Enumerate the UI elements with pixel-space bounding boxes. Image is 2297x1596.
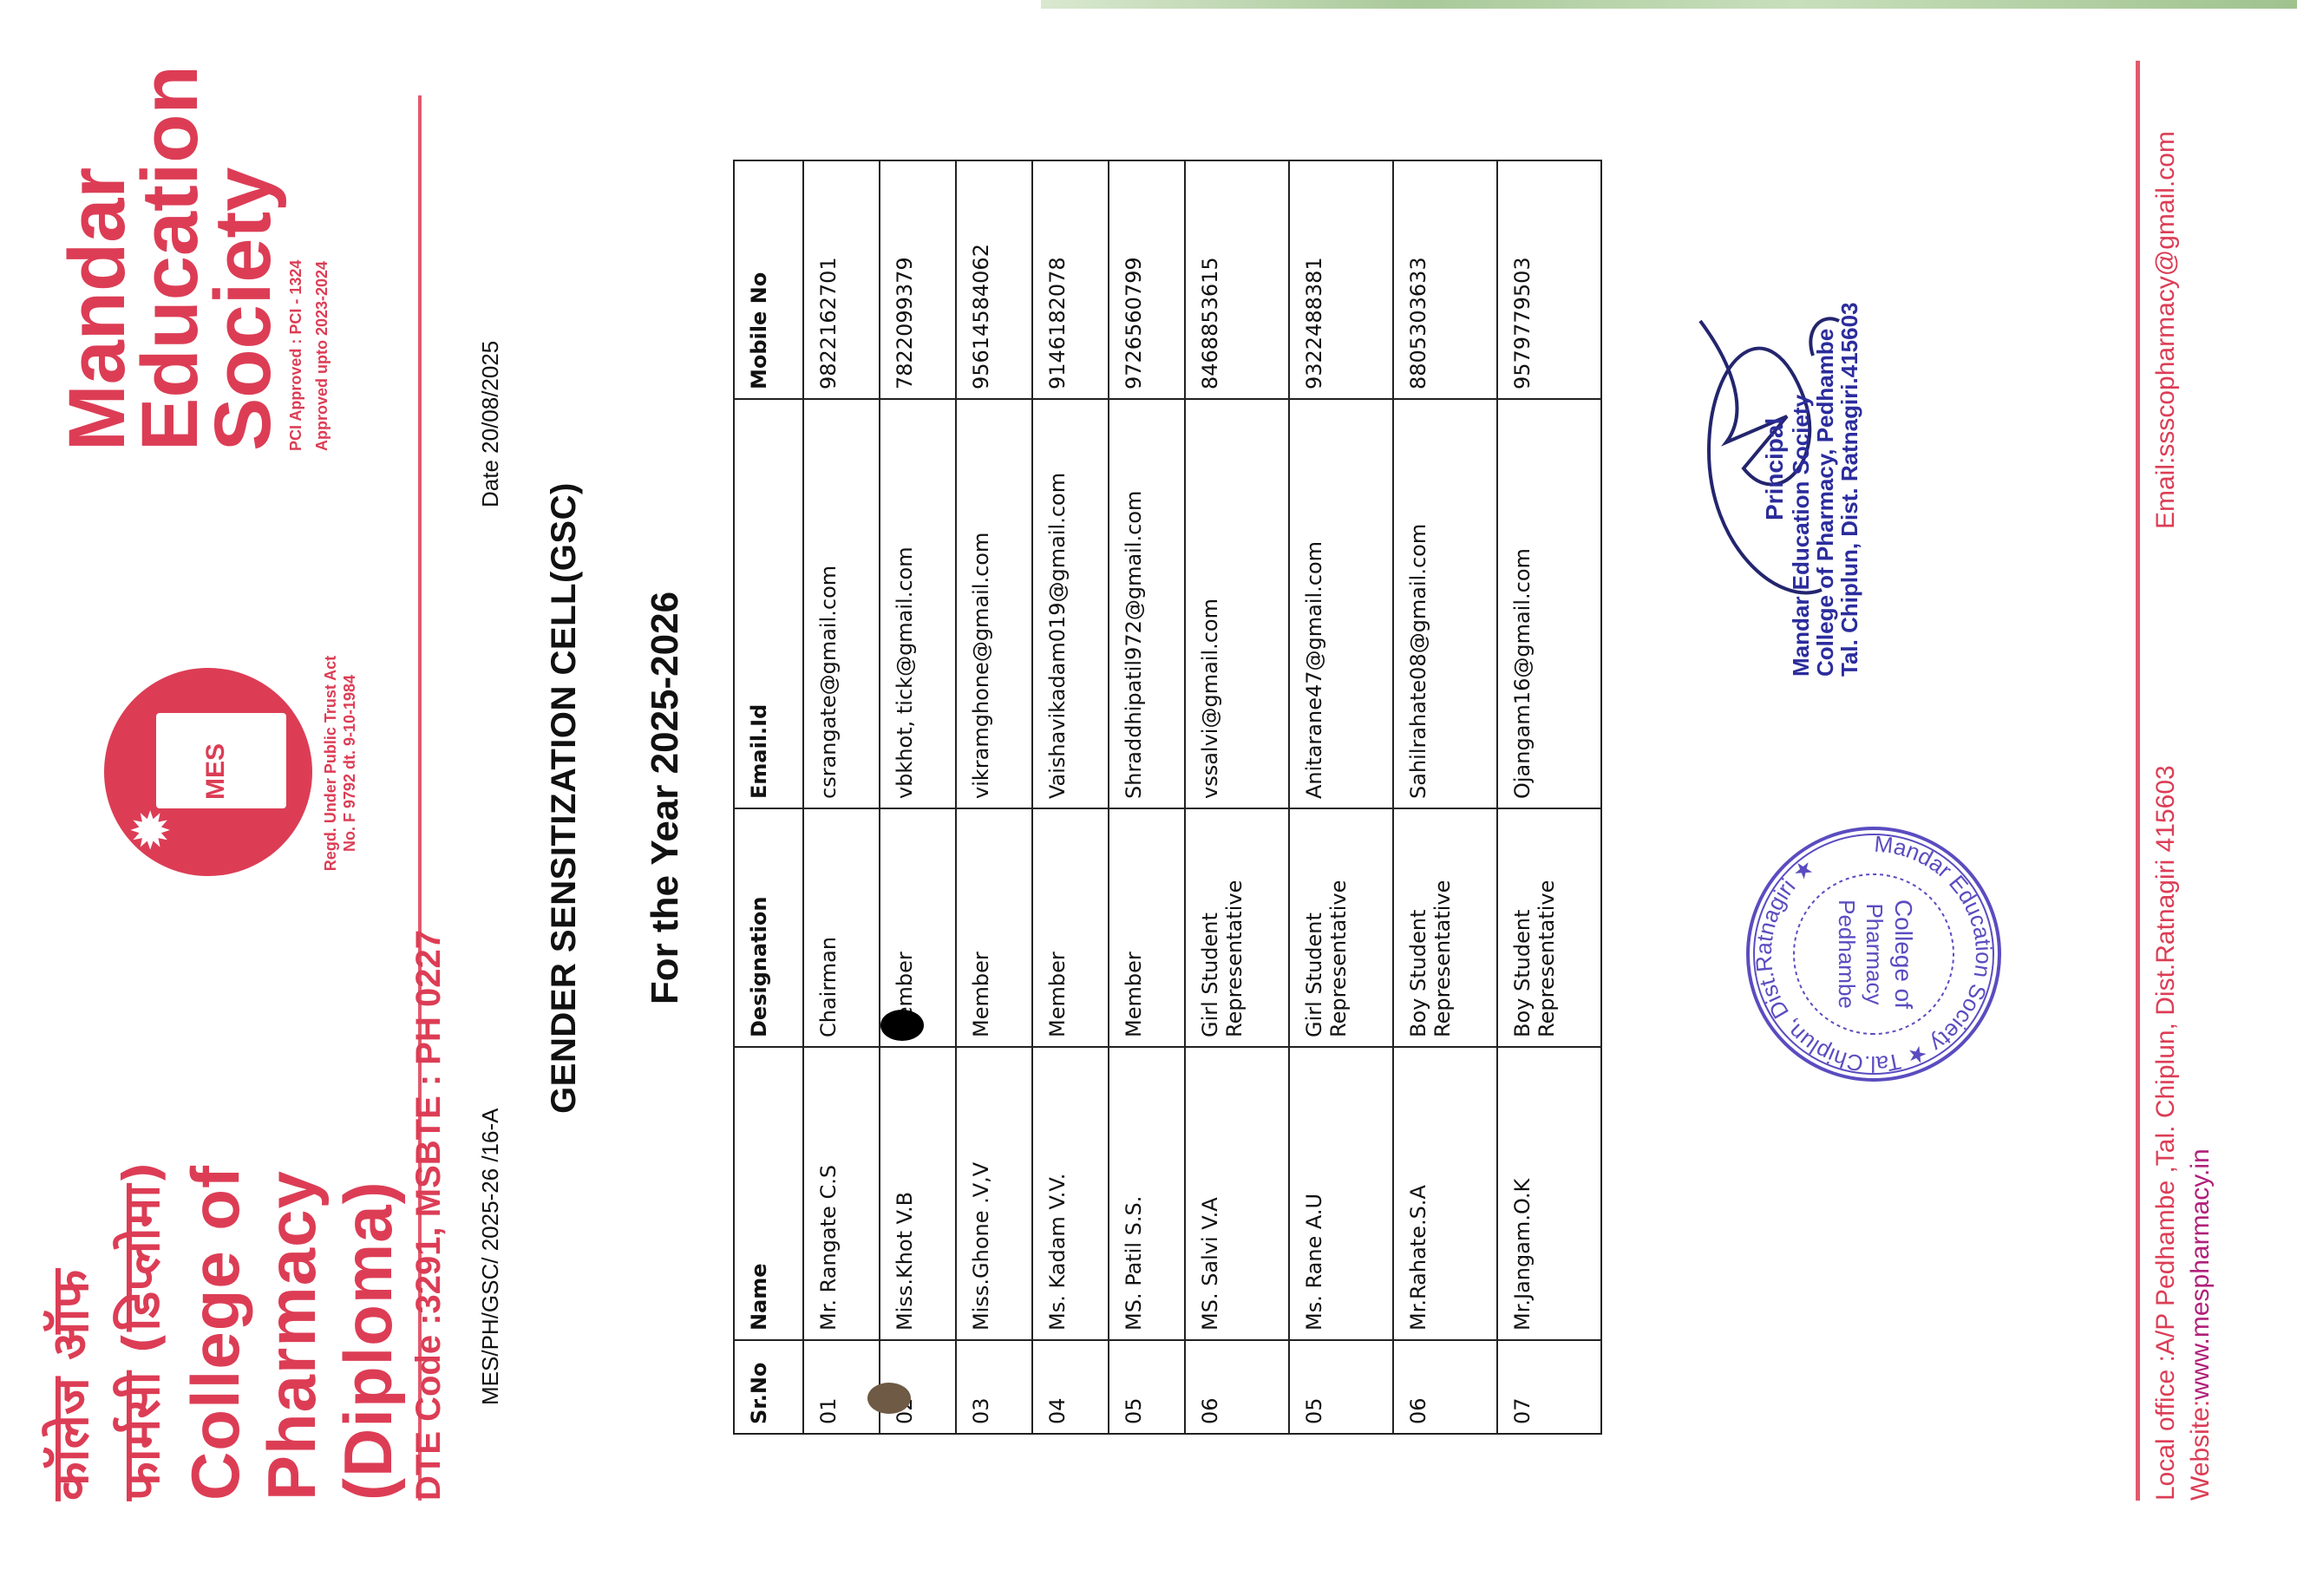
cell-sr-no: 04 — [1032, 1340, 1109, 1434]
society-name-line3: Society — [206, 35, 279, 451]
cell-designation: Girl Student Representative — [1185, 808, 1289, 1047]
column-header-designation: Designation — [734, 808, 803, 1047]
signatory-title: Principal — [1761, 208, 1789, 520]
committee-members-table: Sr.No Name Designation Email.Id Mobile N… — [733, 160, 1602, 1435]
registration-line2: No. F 9792 dt. 9-10-1984 — [340, 633, 359, 893]
cell-name: MS. Patil S.S. — [1109, 1047, 1185, 1340]
cell-designation: Member — [956, 808, 1032, 1047]
document-subtitle: For the Year 2025-2026 — [644, 0, 687, 1596]
cell-name: Ms. Kadam V.V. — [1032, 1047, 1109, 1340]
college-name-line2: Pharmacy (Diploma) — [253, 841, 406, 1501]
table-row: 06Mr.Rahate.S.ABoy Student Representativ… — [1393, 160, 1497, 1434]
society-name-block: Mandar Education Society PCI Approved : … — [61, 35, 331, 451]
table-row: 02Miss.Khot V.BMembervbkhot, tick@gmail.… — [880, 160, 956, 1434]
signatory-line2: College of Pharmacy, Pedhambe — [1813, 208, 1837, 677]
cell-email: Shraddhipatil972@gmail.com — [1109, 399, 1185, 808]
cell-email: csrangate@gmail.com — [803, 399, 880, 808]
cell-mobile: 9726560799 — [1109, 160, 1185, 399]
cell-mobile: 8805303633 — [1393, 160, 1497, 399]
society-name-line1: Mandar — [61, 35, 134, 451]
cell-email: vikramghone@gmail.com — [956, 399, 1032, 808]
table-row: 06MS. Salvi V.AGirl Student Representati… — [1185, 160, 1289, 1434]
cell-designation: Member — [1109, 808, 1185, 1047]
cell-mobile: 9322488381 — [1289, 160, 1393, 399]
cell-name: MS. Salvi V.A — [1185, 1047, 1289, 1340]
cell-email: Anitarane47@gmail.com — [1289, 399, 1393, 808]
document-date: Date 20/08/2025 — [477, 341, 504, 507]
cell-sr-no: 05 — [1289, 1340, 1393, 1434]
signatory-block: Principal Mandar Education Society Colle… — [1761, 208, 1862, 677]
stamp-inner-line3: Pedhambe — [1834, 899, 1860, 1009]
pci-approval-line1: PCI Approved : PCI - 1324 — [286, 35, 305, 451]
document-page: कॉलेज ऑफ फार्मसी (डिप्लोमा) College of P… — [0, 0, 2297, 1596]
cell-designation: Girl Student Representative — [1289, 808, 1393, 1047]
cell-mobile: 9579779503 — [1497, 160, 1601, 399]
cell-name: Miss.Khot V.B — [880, 1047, 956, 1340]
cell-name: Mr.Jangam.O.K — [1497, 1047, 1601, 1340]
cell-mobile: 95614584062 — [956, 160, 1032, 399]
cell-name: Mr. Rangate C.S — [803, 1047, 880, 1340]
college-codes: DTE Code :3291, MSBTE : PH 0227 — [409, 841, 448, 1501]
cell-designation: Chairman — [803, 808, 880, 1047]
column-header-sr-no: Sr.No — [734, 1340, 803, 1434]
reference-number: MES/PH/GSC/ 2025-26 /16-A — [477, 1109, 504, 1405]
footer-website-link[interactable]: www.mespharmacy.in — [2186, 1148, 2215, 1400]
registration-text: Regd. Under Public Trust Act No. F 9792 … — [321, 633, 359, 893]
cell-email: vssalvi@gmail.com — [1185, 399, 1289, 808]
cell-email: vbkhot, tick@gmail.com — [880, 399, 956, 808]
table-row: 04Ms. Kadam V.V.MemberVaishavikadam019@g… — [1032, 160, 1109, 1434]
table-header-row: Sr.No Name Designation Email.Id Mobile N… — [734, 160, 803, 1434]
book-icon — [156, 713, 286, 808]
cell-sr-no: 03 — [956, 1340, 1032, 1434]
column-header-mobile: Mobile No — [734, 160, 803, 399]
cell-name: Ms. Rane A.U — [1289, 1047, 1393, 1340]
college-name-hindi-line1: कॉलेज ऑफ — [35, 841, 106, 1501]
registration-line1: Regd. Under Public Trust Act — [321, 633, 340, 893]
society-logo-icon: ✹ — [104, 668, 312, 876]
footer-website: Website:www.mespharmacy.in — [2186, 1148, 2215, 1501]
pci-approval-line2: Approved upto 2023-2024 — [312, 35, 331, 451]
column-header-email: Email.Id — [734, 399, 803, 808]
society-name-line2: Education — [134, 35, 206, 451]
document-title: GENDER SENSITIZATION CELL(GSC) — [545, 0, 584, 1596]
cell-mobile: 9822162701 — [803, 160, 880, 399]
header-divider — [418, 95, 422, 1501]
footer-office-address: Local office :A/P Pedhambe ,Tal. Chiplun… — [2151, 765, 2181, 1501]
cell-designation: Boy Student Representative — [1393, 808, 1497, 1047]
cell-sr-no: 01 — [803, 1340, 880, 1434]
stamp-inner-line2: Pharmacy — [1862, 903, 1888, 1004]
cell-sr-no: 06 — [1185, 1340, 1289, 1434]
column-header-name: Name — [734, 1047, 803, 1340]
cell-email: Ojangam16@gmail.com — [1497, 399, 1601, 808]
table-row: 07Mr.Jangam.O.KBoy Student Representativ… — [1497, 160, 1601, 1434]
cell-sr-no: 07 — [1497, 1340, 1601, 1434]
cell-mobile: 7822099379 — [880, 160, 956, 399]
cell-email: Vaishavikadam019@gmail.com — [1032, 399, 1109, 808]
cell-name: Miss.Ghone .V,V — [956, 1047, 1032, 1340]
table-row: 05MS. Patil S.S.MemberShraddhipatil972@g… — [1109, 160, 1185, 1434]
signatory-line3: Tal. Chiplun, Dist. Ratnagiri.415603 — [1837, 208, 1862, 677]
punch-hole — [867, 1383, 911, 1414]
cell-designation: Boy Student Representative — [1497, 808, 1601, 1047]
college-name-hindi-line2: फार्मसी (डिप्लोमा) — [106, 841, 177, 1501]
table-row: 05Ms. Rane A.UGirl Student Representativ… — [1289, 160, 1393, 1434]
cell-designation: Member — [1032, 808, 1109, 1047]
footer-email[interactable]: Email:ssscopharmacy@gmail.com — [2151, 131, 2181, 529]
cell-mobile: 8468853615 — [1185, 160, 1289, 399]
cell-sr-no: 05 — [1109, 1340, 1185, 1434]
cell-sr-no: 06 — [1393, 1340, 1497, 1434]
footer-website-label: Website: — [2186, 1400, 2215, 1501]
table-row: 03Miss.Ghone .V,VMembervikramghone@gmail… — [956, 160, 1032, 1434]
cell-name: Mr.Rahate.S.A — [1393, 1047, 1497, 1340]
college-name-block: कॉलेज ऑफ फार्मसी (डिप्लोमा) College of P… — [35, 841, 448, 1501]
official-stamp: Mandar Education Society ★ Tal.Chiplun, … — [1744, 824, 2004, 1084]
college-name-line1: College of — [177, 841, 253, 1501]
cell-email: Sahilrahate08@gmail.com — [1393, 399, 1497, 808]
cell-mobile: 9146182078 — [1032, 160, 1109, 399]
punch-hole — [880, 1010, 924, 1041]
table-row: 01Mr. Rangate C.SChairmancsrangate@gmail… — [803, 160, 880, 1434]
footer-divider — [2136, 61, 2140, 1501]
stamp-inner-line1: College of — [1890, 899, 1917, 1009]
signatory-line1: Mandar Education Society — [1789, 208, 1813, 677]
lamp-flame-icon: ✹ — [121, 808, 182, 852]
